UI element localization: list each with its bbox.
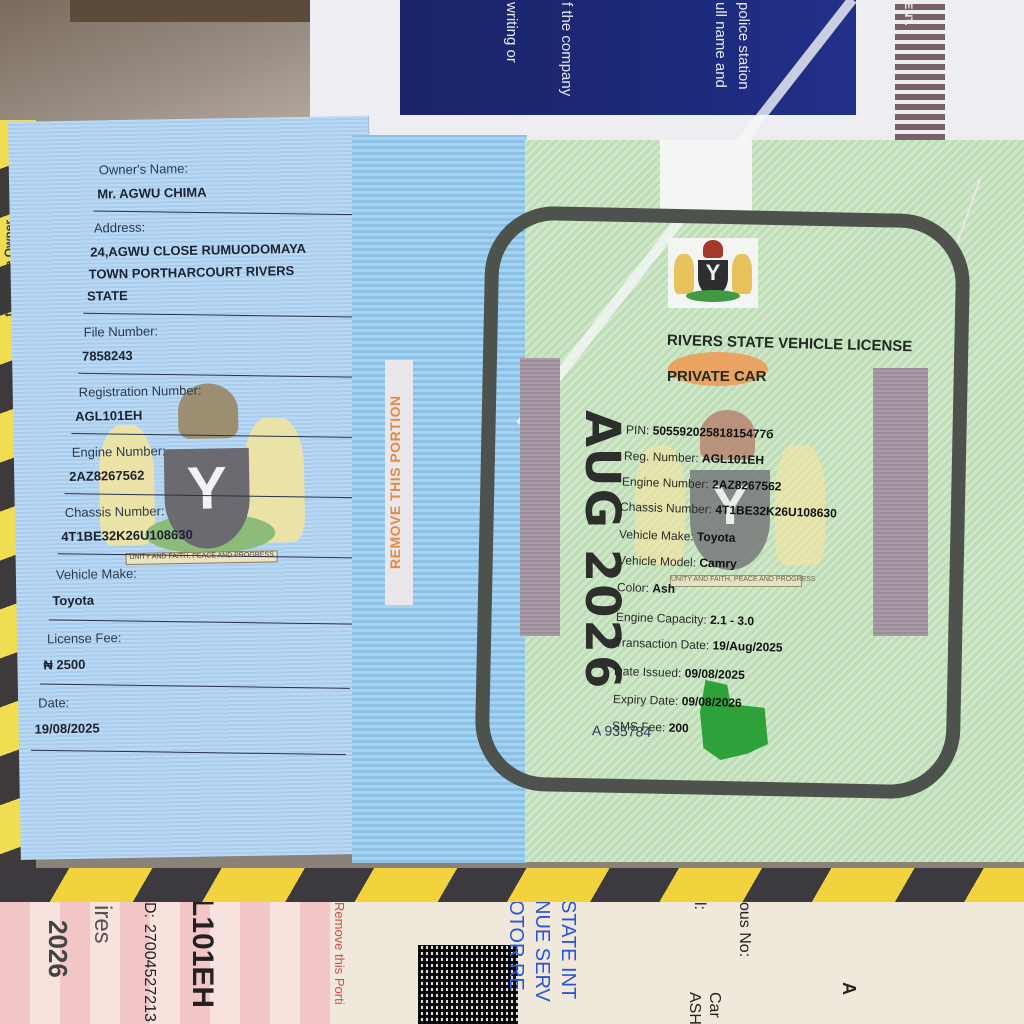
vehicle-make-value: Toyota [52, 593, 94, 609]
divider [94, 211, 364, 216]
bottom-id-value: 27004527213 [140, 924, 158, 1022]
chassis-number-value: 4T1BE32K26U108630 [61, 527, 193, 544]
divider [31, 750, 346, 755]
address-line-3: STATE [87, 288, 128, 304]
registration-number-value: AGL101EH [75, 408, 142, 424]
bottom-blue-text: OTOR RE [504, 900, 527, 991]
panel-text: writing or [503, 2, 520, 63]
panel-text: f the company [558, 2, 575, 96]
license-fee-label: License Fee: [47, 630, 122, 646]
hologram-bar-left [520, 358, 560, 636]
bottom-year: 2026 [42, 920, 73, 978]
coat-of-arms-icon: Y [668, 238, 758, 308]
hologram-bar-right [873, 368, 928, 636]
qr-label: ENT. [902, 2, 914, 26]
chassis-number-label: Chassis Number: [65, 503, 165, 520]
bottom-field-label: l: [690, 902, 708, 910]
license-stub: Y UNITY AND FAITH, PEACE AND PROGRESS Ow… [8, 116, 382, 860]
address-line-1: 24,AGWU CLOSE RUMUODOMAYA [90, 241, 306, 260]
bottom-id-label: D: [140, 902, 158, 918]
engine-number-label: Engine Number: [72, 443, 166, 460]
navy-info-panel: police station ull name and f the compan… [400, 0, 856, 115]
bottom-field-label: ous No: [735, 902, 753, 957]
expiry-stamp: AUG 2026 [560, 410, 630, 770]
panel-text: ull name and [712, 2, 729, 88]
bottom-field-value: A [838, 982, 859, 995]
bottom-reg-number: L101EH [185, 898, 219, 1008]
bottom-blue-text: NUE SERV [530, 900, 553, 1002]
vehicle-make-label: Vehicle Make: [56, 566, 137, 582]
bottom-field-value: ASH [685, 992, 703, 1024]
owner-name-value: Mr. AGWU CHIMA [97, 185, 207, 202]
panel-text: police station [735, 2, 752, 90]
hazard-tape-bottom [0, 868, 1024, 902]
date-label: Date: [38, 695, 69, 711]
divider [40, 684, 350, 689]
bottom-blue-text: STATE INT [556, 900, 579, 999]
remove-portion-label: REMOVE THIS PORTION [387, 365, 411, 600]
serial-number: A 935784 [592, 722, 652, 740]
registration-number-label: Registration Number: [79, 383, 202, 400]
bottom-expires: ires [88, 905, 116, 944]
qr-code-icon [418, 945, 518, 1024]
file-number-label: File Number: [84, 323, 159, 339]
owner-name-label: Owner's Name: [99, 161, 188, 178]
engine-number-value: 2AZ8267562 [69, 468, 144, 484]
license-fee-value: ₦ 2500 [43, 657, 85, 673]
file-number-value: 7858243 [82, 348, 133, 364]
bottom-remove-label: Remove this Porti [332, 902, 347, 1005]
divider [49, 619, 354, 624]
bottom-field-value: Car [705, 992, 723, 1018]
license-category: PRIVATE CAR [667, 368, 766, 385]
divider [83, 313, 365, 318]
address-line-2: TOWN PORTHARCOURT RIVERS [89, 263, 295, 282]
divider [78, 373, 363, 378]
address-label: Address: [94, 220, 146, 236]
date-value: 19/08/2025 [34, 720, 99, 736]
